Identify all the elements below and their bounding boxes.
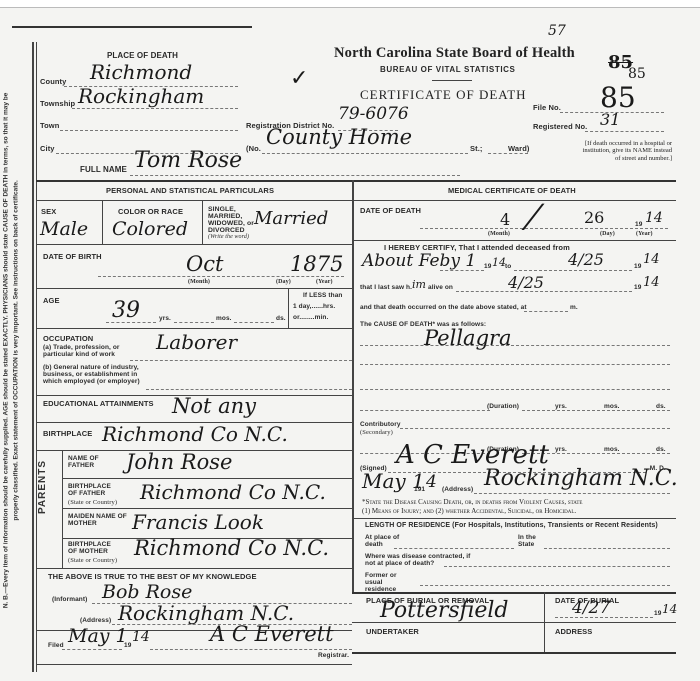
parents-divider (62, 450, 63, 568)
father-birthplace-value[interactable]: Richmond Co N.C. (140, 482, 326, 502)
street-prefix: (No. (246, 145, 261, 153)
father-value[interactable]: John Rose (126, 452, 232, 473)
township-label: Township (40, 100, 75, 108)
contributory-label: Contributory (360, 422, 401, 429)
bottom-right-rule (352, 652, 676, 654)
dod-year-caption: (Year) (636, 231, 653, 237)
last-saw-line (456, 291, 632, 292)
at-place-line (394, 548, 514, 549)
marital-value[interactable]: Married (254, 210, 328, 228)
reg-district-value[interactable]: 79-6076 (338, 106, 409, 123)
cause-line-1 (360, 345, 670, 346)
age-label: AGE (43, 297, 60, 305)
cause-line-2 (360, 364, 670, 365)
in-state-line (544, 548, 670, 549)
dod-year[interactable]: 14 (645, 211, 663, 225)
attended-to-year[interactable]: 14 (643, 253, 660, 266)
sex-row-rule (36, 244, 352, 245)
education-label: EDUCATIONAL ATTAINMENTS (43, 400, 154, 408)
ward-line (488, 153, 528, 154)
sign-year-prefix: 191 (414, 487, 425, 494)
informant-address-label: (Address) (80, 618, 111, 625)
age-mos-line (174, 322, 214, 323)
father-birthplace-sub: (State or Country) (68, 500, 117, 507)
age-mos: mos. (216, 316, 232, 323)
dob-month[interactable]: Oct (186, 254, 223, 275)
dob-line (98, 276, 344, 277)
file-no-label: File No. (533, 104, 561, 112)
death-time-suffix: m. (570, 305, 578, 312)
filed-year-prefix: 19 (124, 643, 131, 650)
center-divider (352, 180, 354, 592)
informant-label: (Informant) (52, 597, 87, 604)
mother-birthplace-sub: (State or Country) (68, 558, 117, 565)
occupation-a-line (130, 360, 352, 361)
informant-address-value[interactable]: Rockingham N.C. (118, 603, 294, 623)
dob-year[interactable]: 1875 (290, 254, 343, 275)
last-saw-label: that I last saw h. (360, 285, 412, 292)
dob-month-caption: (Month) (188, 279, 210, 285)
file-no-value[interactable]: 85 (600, 84, 636, 112)
scan-top-edge (0, 0, 700, 8)
town-label: Town (40, 122, 59, 130)
st-label: St.; (470, 145, 482, 153)
title-divider (432, 80, 472, 81)
attended-from-line (440, 270, 484, 271)
age-ds: ds. (276, 316, 286, 323)
burial-top-rule (352, 592, 676, 594)
full-name-value[interactable]: Tom Rose (134, 150, 242, 172)
duration-yrs-2: yrs. (555, 447, 567, 454)
age-ds-line (234, 322, 274, 323)
last-saw-pronoun[interactable]: im (412, 279, 426, 290)
hospital-note: [If death occurred in a hospital or inst… (580, 140, 672, 162)
alive-on-label: alive on (428, 285, 453, 292)
color-label: COLOR OR RACE (118, 208, 183, 216)
sex-label: SEX (41, 208, 56, 216)
dob-day-caption: (Day) (276, 279, 291, 285)
mother-birthplace-value[interactable]: Richmond Co N.C. (134, 538, 329, 559)
board-title: North Carolina State Board of Health (334, 45, 575, 62)
checkmark-icon: ✓ (290, 68, 308, 90)
informant-value[interactable]: Bob Rose (102, 583, 192, 602)
death-time-line (524, 311, 568, 312)
father-birthplace-label: BIRTHPLACE OF FATHER (68, 484, 118, 498)
attended-from[interactable]: About Feby 1 (362, 253, 476, 270)
residence-heading: LENGTH OF RESIDENCE (For Hospitals, Inst… (365, 522, 658, 529)
filed-year[interactable]: 14 (132, 630, 150, 644)
age-row-rule (36, 328, 352, 329)
attended-to-line (514, 270, 632, 271)
marital-sub: (Write the word) (208, 234, 249, 240)
at-place-label: At place of death (365, 535, 405, 549)
mother-birthplace-label: BIRTHPLACE OF MOTHER (68, 542, 118, 556)
sex-divider (102, 200, 103, 244)
top-scribble: 57 (548, 24, 566, 38)
full-name-line (130, 175, 460, 176)
header-divider (36, 180, 676, 182)
sign-year[interactable]: 4 (426, 474, 437, 491)
dod-month-caption: (Month) (488, 231, 510, 237)
to-label: to (505, 264, 511, 271)
registered-no-line (585, 131, 664, 132)
burial-year[interactable]: 14 (662, 603, 677, 615)
duration-mos-1: mos. (604, 404, 620, 411)
sex-value[interactable]: Male (40, 220, 88, 239)
city-label: City (40, 145, 55, 153)
dob-row-rule (36, 288, 352, 289)
dod-label: DATE OF DEATH (360, 207, 421, 215)
less-than-divider (288, 288, 289, 328)
signed-value[interactable]: A C Everett (396, 442, 549, 468)
duration-yrs-1: yrs. (555, 404, 567, 411)
last-saw-year-prefix: 19 (634, 285, 641, 292)
bottom-left-rule (36, 664, 352, 665)
registrar-line (150, 649, 352, 650)
registrar-signature[interactable]: A C Everett (210, 624, 334, 645)
township-value[interactable]: Rockingham (78, 86, 204, 106)
where-contracted-line (444, 566, 670, 567)
certificate-title: CERTIFICATE OF DEATH (360, 87, 527, 103)
dod-day-caption: (Day) (600, 231, 615, 237)
dod-year-prefix: 19 (635, 222, 642, 229)
father-label: NAME OF FATHER (68, 456, 118, 470)
attended-from-year-prefix: 19 (484, 264, 491, 271)
color-value[interactable]: Colored (112, 220, 188, 239)
age-years-line (106, 322, 156, 323)
duration-label-1: (Duration) (487, 404, 519, 411)
full-name-label: FULL NAME (80, 166, 127, 174)
attended-to[interactable]: 4/25 (568, 252, 604, 268)
registered-no-value[interactable]: 31 (600, 112, 620, 128)
dob-label: DATE OF BIRTH (43, 253, 102, 261)
left-border-inner (36, 42, 37, 672)
parents-label: PARENTS (37, 460, 48, 514)
side-note-line1: N. B.—Every item of information should b… (2, 40, 12, 660)
registered-no-label: Registered No. (533, 123, 587, 131)
dod-line (420, 228, 668, 229)
footnote-rule (352, 518, 676, 519)
burial-place-value[interactable]: Pottersfield (380, 600, 508, 622)
education-value[interactable]: Not any (172, 396, 256, 417)
birthplace-label: BIRTHPLACE (43, 430, 92, 438)
attended-from-year[interactable]: 14 (492, 257, 506, 268)
dod-row-rule (352, 240, 676, 241)
side-note-line2: properly classified. Exact statement of … (12, 40, 22, 660)
registrar-label: Registrar. (318, 653, 349, 660)
father-row-rule (62, 478, 352, 479)
cause-line-3 (360, 389, 670, 390)
age-years[interactable]: 39 (112, 300, 140, 322)
death-time-text: and that death occurred on the date abov… (360, 305, 527, 312)
occupation-a-label: (a) Trade, profession, or particular kin… (43, 345, 133, 359)
footnote: *State the Disease Causing Death, or, in… (362, 498, 582, 516)
street-value[interactable]: County Home (266, 127, 412, 148)
duration-mos-2: mos. (604, 447, 620, 454)
county-label: County (40, 78, 66, 86)
occupation-b-line (146, 389, 352, 390)
burial-date-value[interactable]: 4/27 (572, 600, 610, 617)
age-yrs: yrs. (159, 316, 171, 323)
duration-ds-2: ds. (656, 447, 666, 454)
personal-heading-rule (36, 200, 352, 201)
last-saw-year[interactable]: 14 (643, 276, 660, 289)
occupation-b-label: (b) General nature of industry, business… (43, 365, 155, 385)
dod-month[interactable]: 4 (500, 212, 510, 228)
former-residence-line (420, 585, 670, 586)
occupation-a-value[interactable]: Laborer (156, 332, 237, 352)
footnote-line1: *State the Disease Causing Death, or, in… (362, 498, 582, 507)
filed-value[interactable]: May 1 (68, 627, 128, 646)
sign-address-value[interactable]: Rockingham N.C. (484, 468, 678, 490)
township-line (72, 108, 238, 109)
bureau-title: BUREAU OF VITAL STATISTICS (380, 66, 515, 74)
undertaker-rule (352, 622, 676, 623)
county-value[interactable]: Richmond (90, 62, 192, 82)
sign-address-line (474, 493, 670, 494)
duration-ds-1: ds. (656, 404, 666, 411)
dod-day[interactable]: 26 (584, 210, 604, 226)
dob-year-caption: (Year) (316, 279, 333, 285)
former-residence-label: Former or usual residence (365, 573, 415, 593)
birthplace-value[interactable]: Richmond Co N.C. (102, 424, 288, 444)
burial-address-label: ADDRESS (555, 628, 592, 636)
secondary-label: (Secondary) (360, 430, 393, 437)
in-state-label: In the State (518, 535, 552, 549)
or-min-label: or........min. (293, 315, 328, 322)
one-day-label: 1 day,......hrs. (293, 304, 335, 311)
mother-label: MAIDEN NAME OF MOTHER (68, 514, 128, 528)
medical-heading: MEDICAL CERTIFICATE OF DEATH (448, 187, 576, 195)
undertaker-label: UNDERTAKER (366, 628, 419, 636)
contributory-line (400, 428, 670, 429)
duration-line-1a (360, 410, 490, 411)
last-saw-value[interactable]: 4/25 (508, 275, 544, 291)
side-instructions: N. B.—Every item of information should b… (2, 40, 23, 660)
corner-number: 85 (628, 67, 646, 81)
left-border (32, 42, 34, 672)
mother-value[interactable]: Francis Look (132, 512, 264, 532)
burial-year-prefix: 19 (654, 611, 661, 618)
sign-address-label: (Address) (442, 487, 473, 494)
filed-line (62, 649, 122, 650)
attended-to-year-prefix: 19 (634, 264, 641, 271)
footnote-line2: (1) Means of Injury; and (2) whether Acc… (362, 507, 582, 516)
parents-end-rule (36, 568, 352, 569)
occupation-label: OCCUPATION (43, 335, 93, 343)
ward-label: Ward) (508, 145, 529, 153)
top-rule (12, 26, 252, 28)
color-divider (202, 200, 203, 244)
personal-heading: PERSONAL AND STATISTICAL PARTICULARS (106, 187, 274, 195)
town-line (60, 130, 238, 131)
true-statement: THE ABOVE IS TRUE TO THE BEST OF MY KNOW… (48, 573, 257, 581)
less-than-label: If LESS than (303, 293, 342, 300)
father-birthplace-rule (62, 508, 352, 509)
street-line (262, 153, 468, 154)
medical-heading-rule (352, 200, 676, 201)
duration-line-1b (522, 410, 670, 411)
